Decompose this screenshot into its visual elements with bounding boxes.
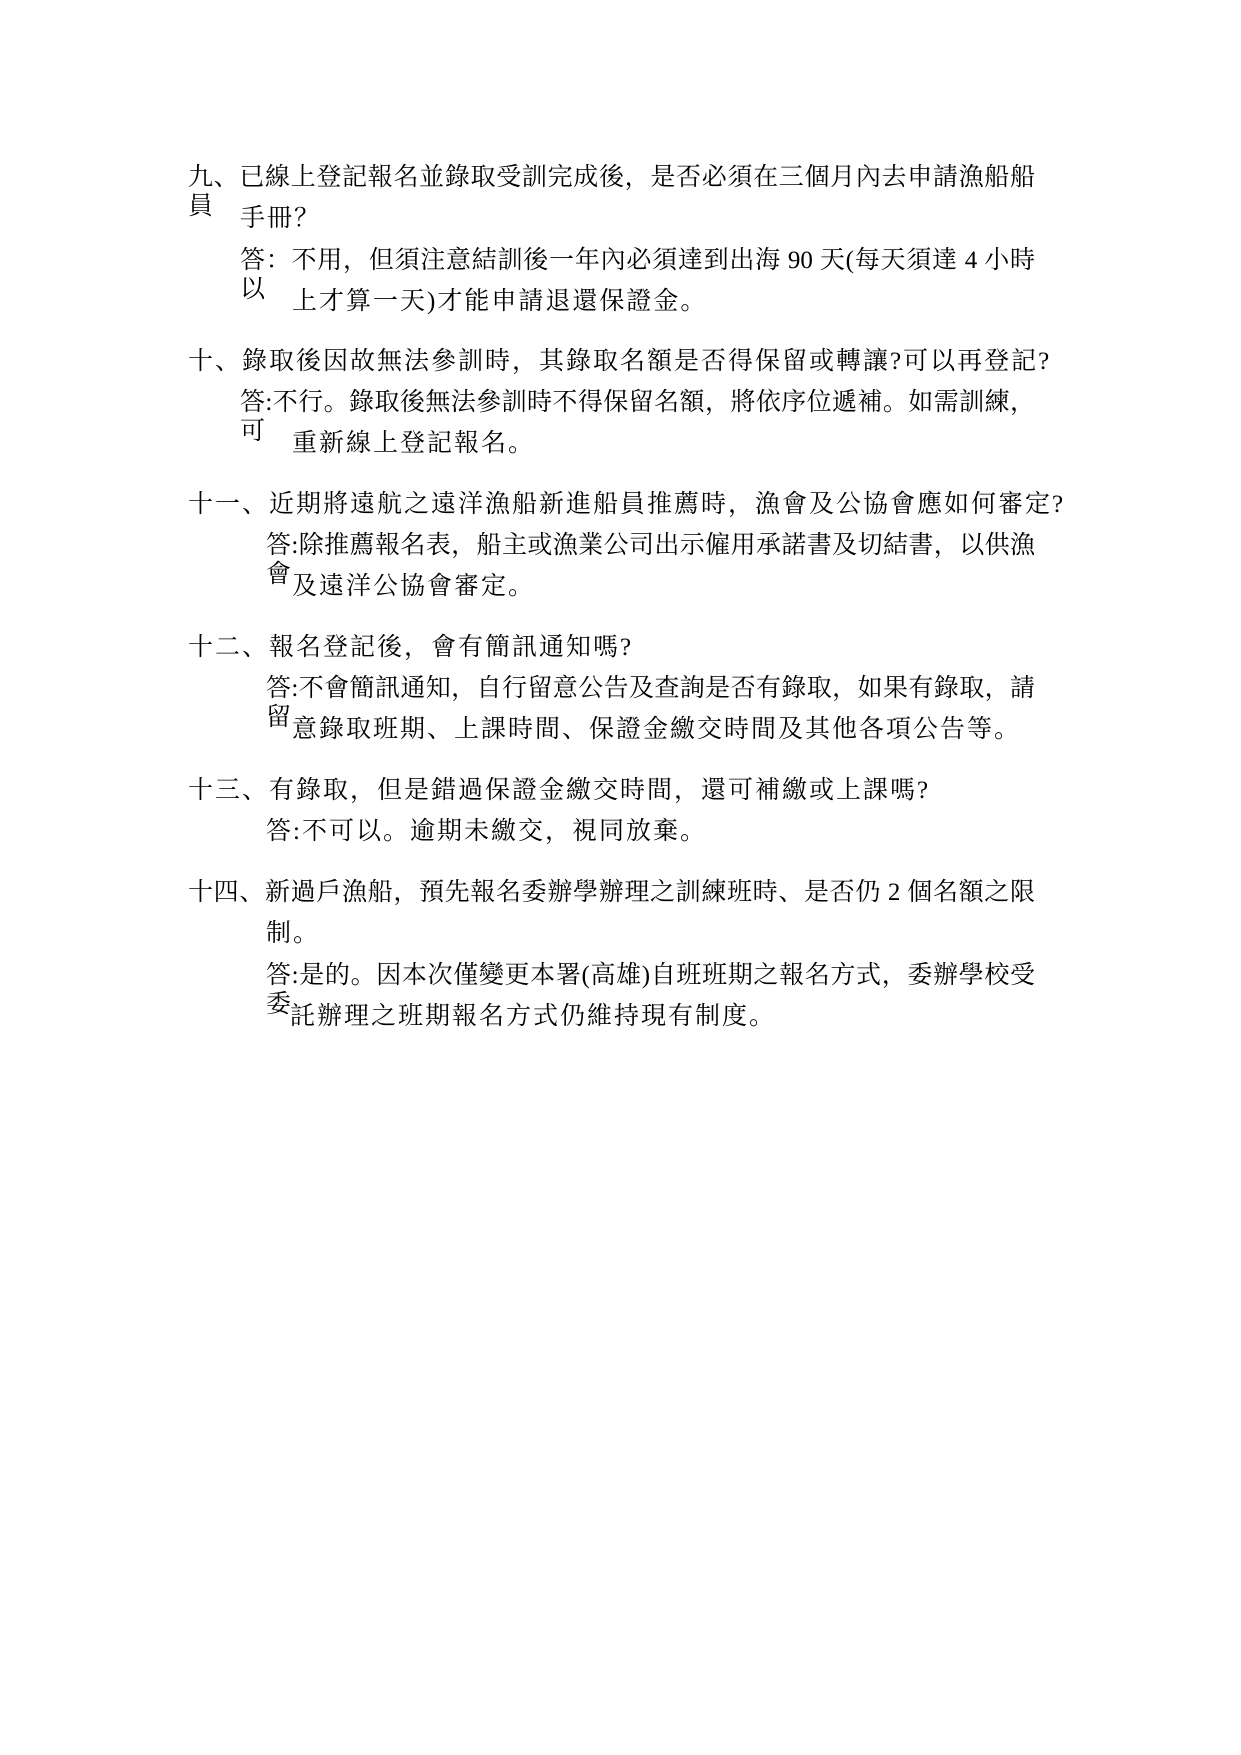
faq-item-12-number: 十二、 [188,634,269,661]
faq-item-13-question-line-1: 十三、有錄取，但是錯過保證金繳交時間，還可補繳或上課嗎? [188,777,930,806]
faq-item-13-answer-line-1: 答:不可以。逾期未繳交，視同放棄。 [266,818,707,847]
faq-item-10-question-line-1: 十、錄取後因故無法參訓時，其錄取名額是否得保留或轉讓?可以再登記? [188,348,1051,377]
faq-item-14-question-line-2: 制。 [266,920,320,949]
faq-item-13-question-text: 有錄取，但是錯過保證金繳交時間，還可補繳或上課嗎? [269,777,930,804]
faq-item-12-question-line-1: 十二、報名登記後，會有簡訊通知嗎? [188,634,633,663]
faq-item-13-number: 十三、 [188,777,269,804]
faq-item-12-answer-line-2: 意錄取班期、上課時間、保證金繳交時間及其他各項公告等。 [292,716,1021,745]
faq-item-10-question-text: 錄取後因故無法參訓時，其錄取名額是否得保留或轉讓?可以再登記? [242,348,1051,375]
faq-item-14-number: 十四、 [188,879,265,906]
faq-item-11-question-text: 近期將遠航之遠洋漁船新進船員推薦時，漁會及公協會應如何審定? [269,491,1065,518]
faq-item-14-question-line-1: 十四、新過戶漁船，預先報名委辦學辦理之訓練班時、是否仍 2 個名額之限 [188,879,1035,908]
faq-item-14-answer-line-2: 託辦理之班期報名方式仍維持現有制度。 [290,1003,776,1032]
faq-item-14-question-text: 新過戶漁船，預先報名委辦學辦理之訓練班時、是否仍 2 個名額之限 [265,879,1035,906]
faq-item-11-question-line-1: 十一、近期將遠航之遠洋漁船新進船員推薦時，漁會及公協會應如何審定? [188,491,1065,520]
faq-item-9-number: 九、 [188,164,239,191]
document-page: 九、已線上登記報名並錄取受訓完成後，是否必須在三個月內去申請漁船船員 手冊？ 答… [0,0,1241,1755]
faq-item-10-answer-line-2: 重新線上登記報名。 [292,430,535,459]
faq-item-9-question-line-2: 手冊？ [240,205,321,234]
faq-item-11-answer-line-2: 及遠洋公協會審定。 [292,573,535,602]
faq-item-11-number: 十一、 [188,491,269,518]
faq-item-10-number: 十、 [188,348,242,375]
faq-item-12-question-text: 報名登記後，會有簡訊通知嗎? [269,634,633,661]
faq-item-9-answer-line-2: 上才算一天)才能申請退還保證金。 [292,288,707,317]
